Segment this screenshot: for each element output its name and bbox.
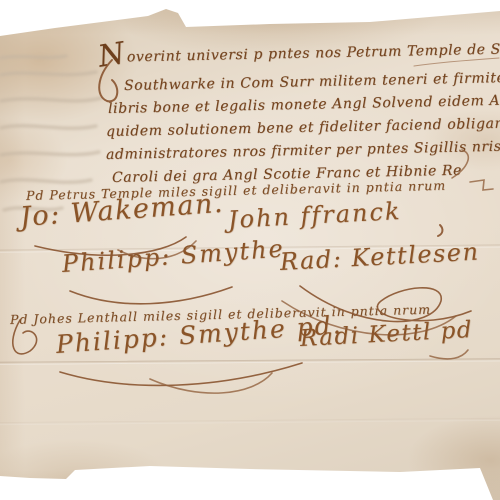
body-text-line: Noverint universi p pntes nos Petrum Tem…	[98, 37, 500, 66]
fold-crease	[0, 418, 500, 425]
body-text-line: quidem solutionem bene et fideliter faci…	[106, 115, 500, 140]
body-text: overint universi p pntes nos Petrum Temp…	[127, 41, 500, 66]
flourished-initial: N	[97, 47, 126, 65]
parchment-sheet: Noverint universi p pntes nos Petrum Tem…	[0, 0, 500, 500]
signature-smythe: Philipp: Smythe	[61, 234, 286, 277]
screenshot-root: { "photo": { "background_color": "#fffff…	[0, 0, 500, 500]
signature-kettlesen: Rad: Kettlesen	[279, 238, 480, 276]
body-text-line: libris bone et legalis monete Angl Solve…	[108, 93, 500, 117]
fold-crease	[0, 358, 500, 364]
body-text-line: administratores nros firmiter per pntes …	[106, 139, 500, 163]
manuscript-photo: Noverint universi p pntes nos Petrum Tem…	[0, 0, 500, 500]
signature-franck: John ffranck	[227, 197, 402, 234]
body-text-line: Southwarke in Com Surr militem teneri et…	[124, 69, 500, 94]
